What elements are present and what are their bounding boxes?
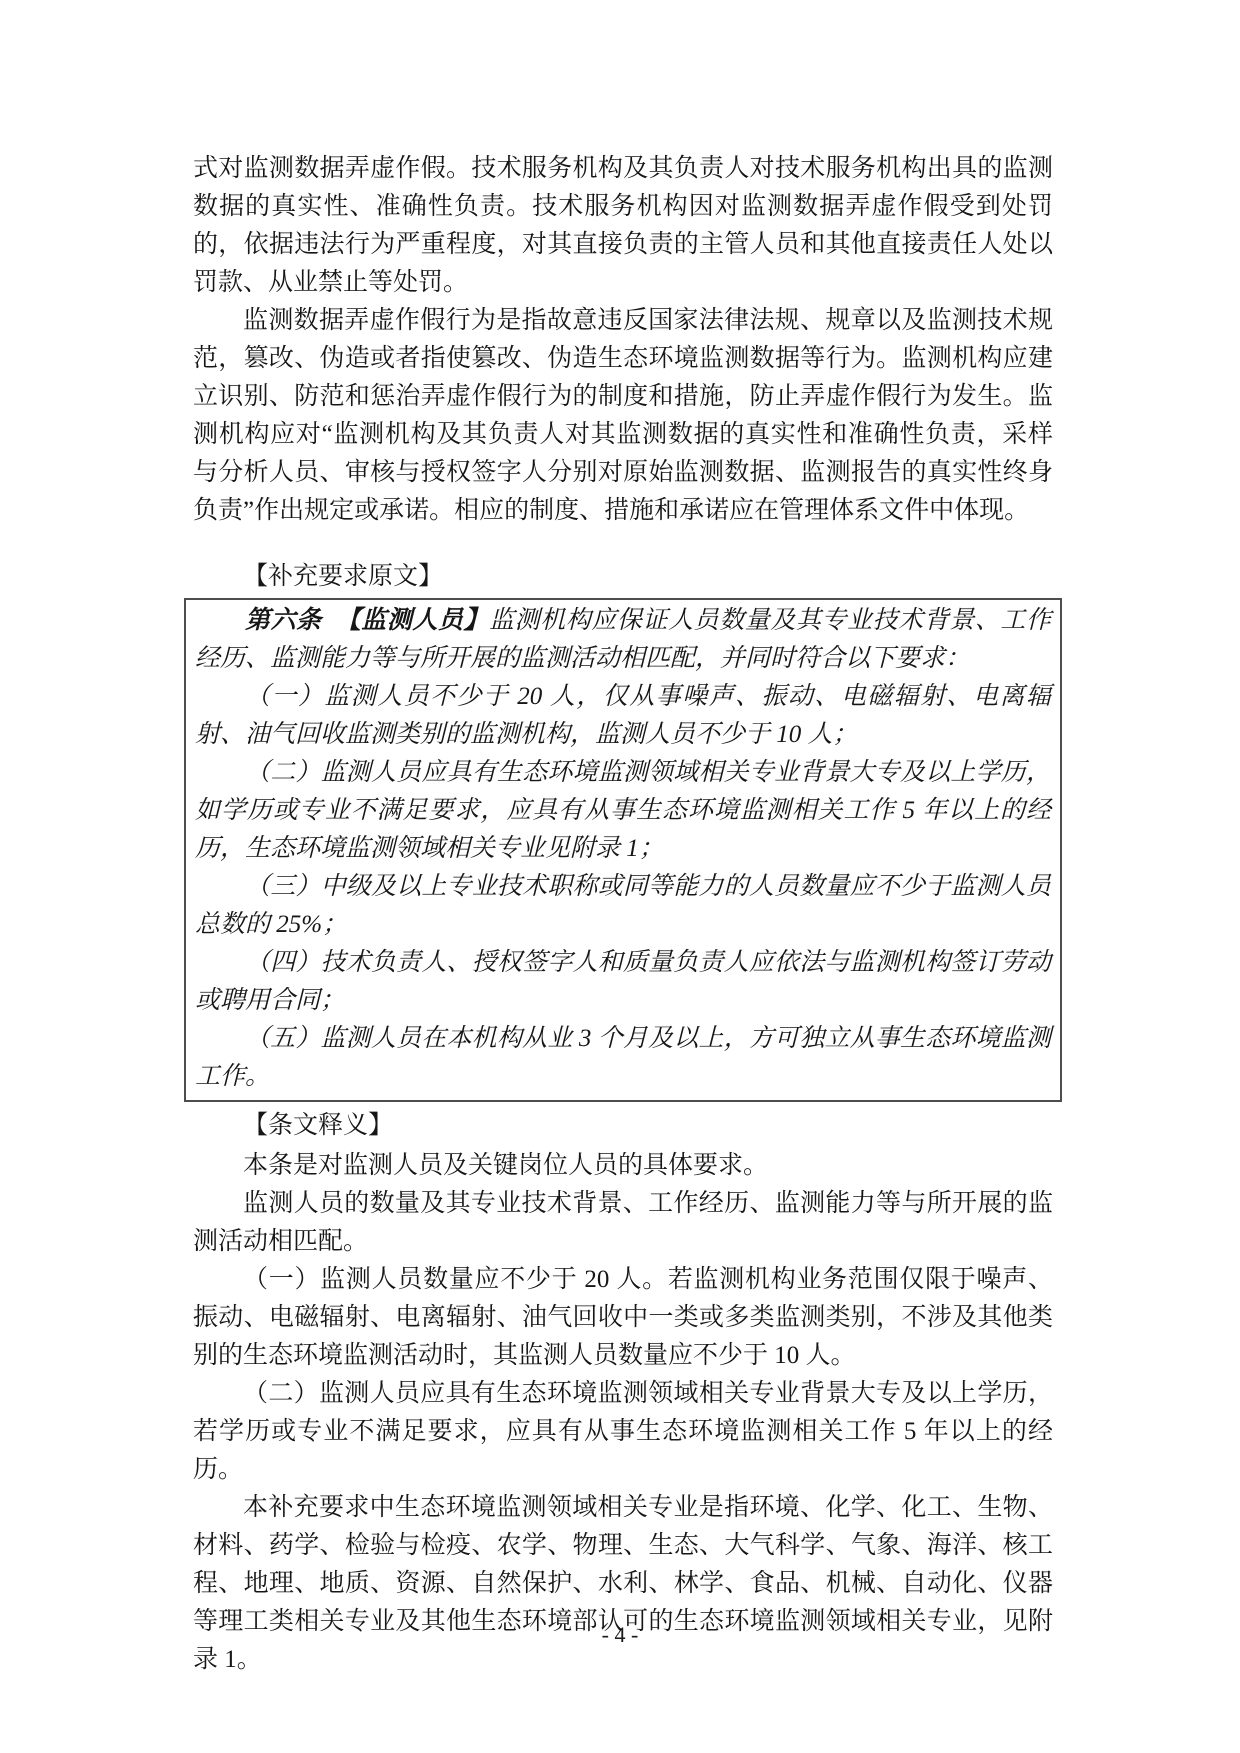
article-clause-3: （三）中级及以上专业技术职称或同等能力的人员数量应不少于监测人员总数的 25%； <box>195 868 1051 944</box>
interpretation-paragraph-5: 本补充要求中生态环境监测领域相关专业是指环境、化学、化工、生物、材料、药学、检验… <box>193 1489 1053 1679</box>
page-number: - 4 - <box>0 1622 1240 1648</box>
interpretation-paragraph-1: 本条是对监测人员及关键岗位人员的具体要求。 <box>193 1147 1053 1185</box>
article-number: 第六条 <box>245 607 322 634</box>
article-title: 【监测人员】 <box>336 607 489 634</box>
interpretation-paragraph-2: 监测人员的数量及其专业技术背景、工作经历、监测能力等与所开展的监测活动相匹配。 <box>193 1185 1053 1261</box>
interpretation-paragraph-4: （二）监测人员应具有生态环境监测领域相关专业背景大专及以上学历，若学历或专业不满… <box>193 1375 1053 1489</box>
interpretation-heading: 【条文释义】 <box>193 1107 1053 1145</box>
article-clause-5: （五）监测人员在本机构从业 3 个月及以上，方可独立从事生态环境监测工作。 <box>195 1020 1051 1096</box>
continuation-paragraph: 式对监测数据弄虚作假。技术服务机构及其负责人对技术服务机构出具的监测数据的真实性… <box>193 150 1053 302</box>
article-intro-text: 监测机构应保证人员数量及其专业技术背景、工作经历、监测能力等与所开展的监测活动相… <box>195 607 1051 672</box>
article-clause-4: （四）技术负责人、授权签字人和质量负责人应依法与监测机构签订劳动或聘用合同； <box>195 944 1051 1020</box>
interpretation-paragraph-3: （一）监测人员数量应不少于 20 人。若监测机构业务范围仅限于噪声、振动、电磁辐… <box>193 1261 1053 1375</box>
document-page: 式对监测数据弄虚作假。技术服务机构及其负责人对技术服务机构出具的监测数据的真实性… <box>0 0 1240 1753</box>
article-clause-1: （一）监测人员不少于 20 人，仅从事噪声、振动、电磁辐射、电离辐射、油气回收监… <box>195 678 1051 754</box>
page-body: 式对监测数据弄虚作假。技术服务机构及其负责人对技术服务机构出具的监测数据的真实性… <box>193 150 1053 1679</box>
article-clause-2: （二）监测人员应具有生态环境监测领域相关专业背景大专及以上学历，如学历或专业不满… <box>195 754 1051 868</box>
supplement-requirement-heading: 【补充要求原文】 <box>193 558 1053 596</box>
article-intro-paragraph: 第六条【监测人员】监测机构应保证人员数量及其专业技术背景、工作经历、监测能力等与… <box>195 602 1051 678</box>
article-box: 第六条【监测人员】监测机构应保证人员数量及其专业技术背景、工作经历、监测能力等与… <box>184 598 1062 1102</box>
fraud-definition-paragraph: 监测数据弄虚作假行为是指故意违反国家法律法规、规章以及监测技术规范，篡改、伪造或… <box>193 302 1053 530</box>
